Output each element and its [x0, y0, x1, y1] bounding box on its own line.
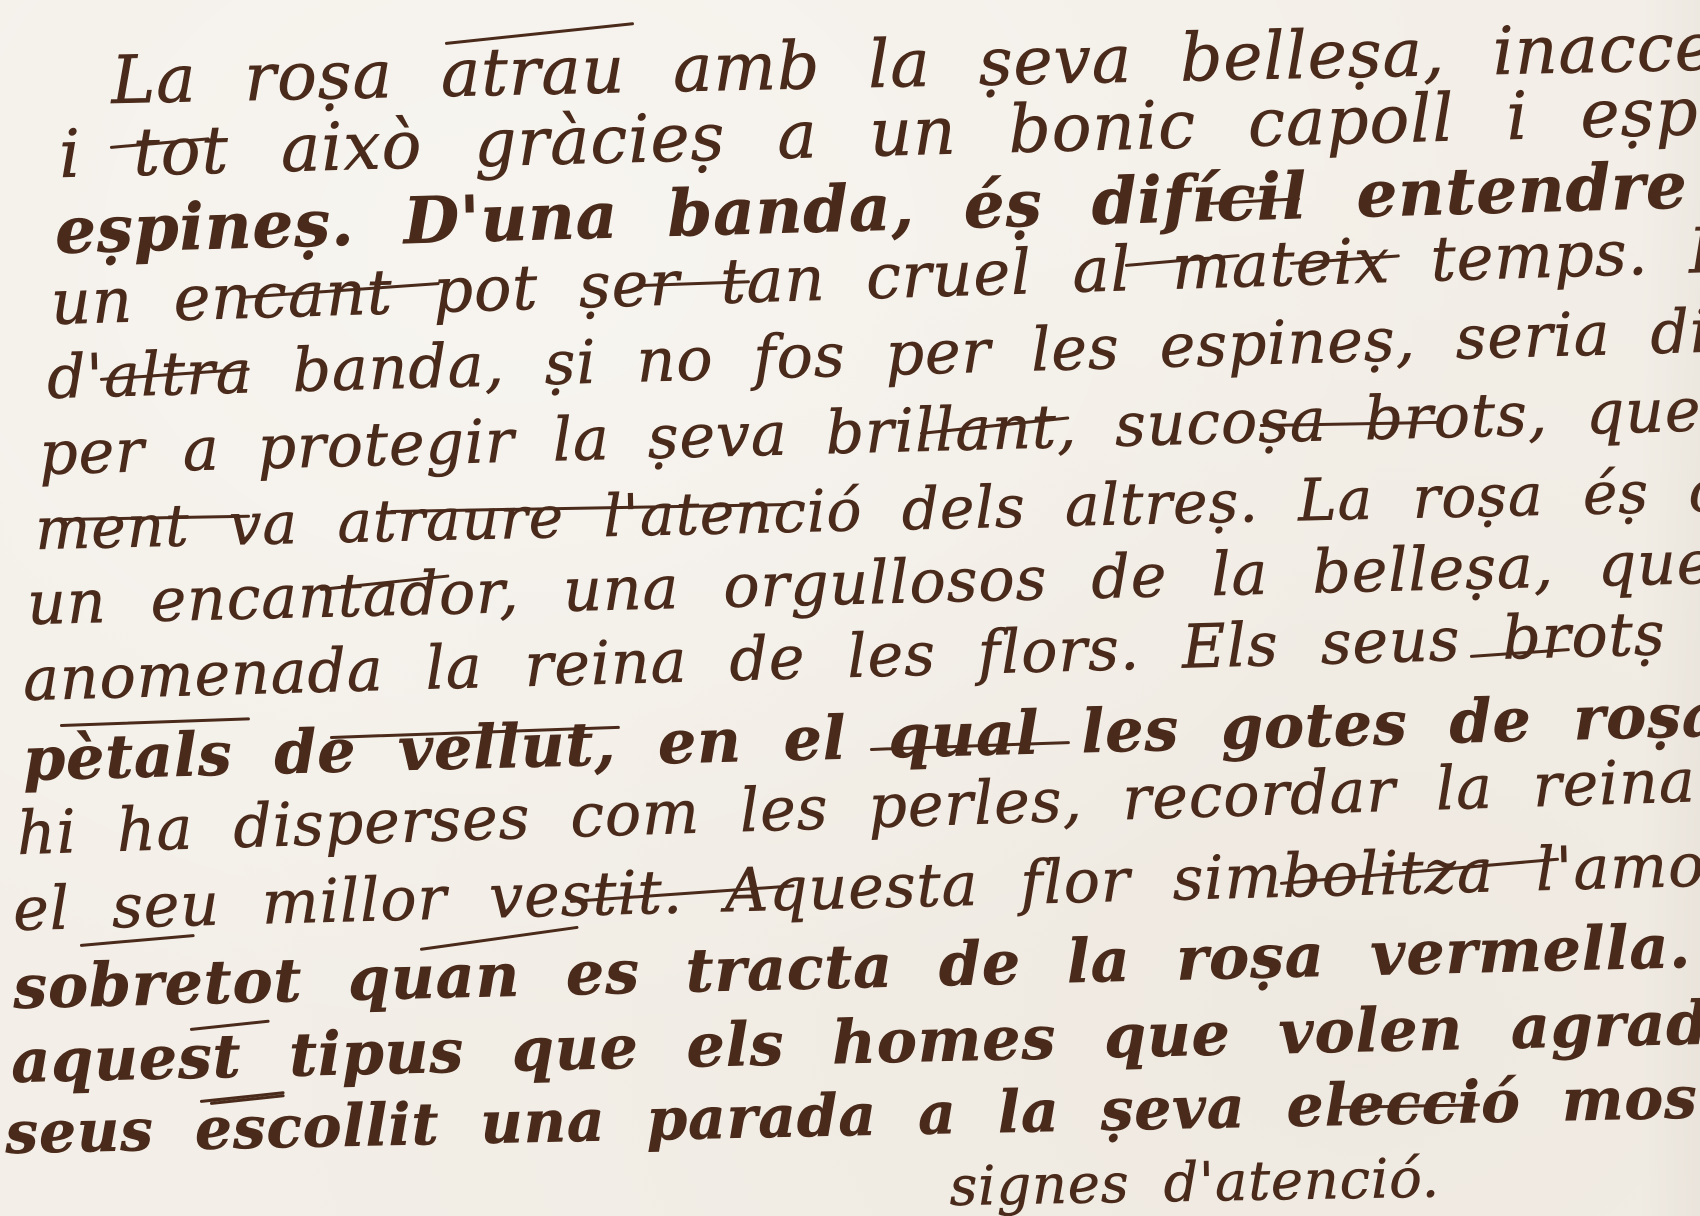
- handwritten-page: La roṣa atrau amb la ṣeva belleṣa, inacc…: [0, 0, 1700, 1216]
- text-line-16: signes d'atenció.: [949, 1151, 1440, 1214]
